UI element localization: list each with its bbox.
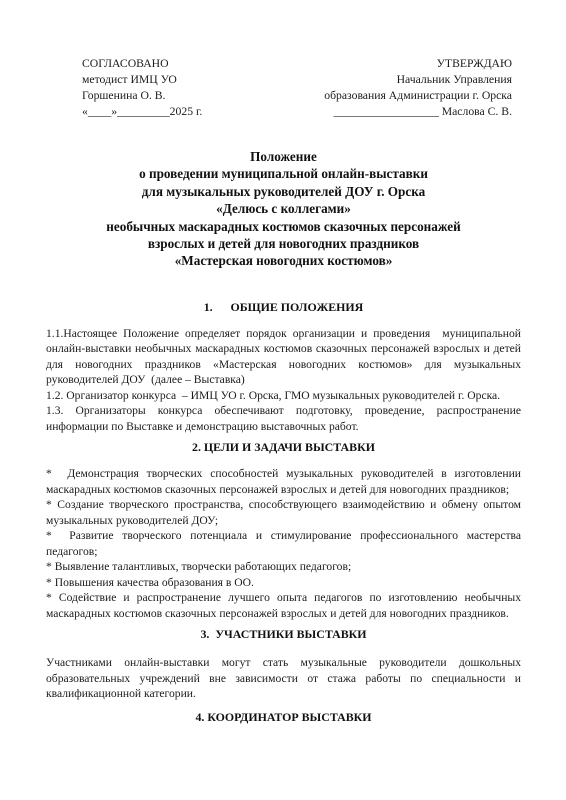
title-line-4: «Делюсь с коллегами»	[46, 200, 521, 217]
document-page: СОГЛАСОВАНО методист ИМЦ УО Горшенина О.…	[0, 0, 566, 800]
paragraph: Участниками онлайн-выставки могут стать …	[46, 655, 521, 702]
agreed-position: методист ИМЦ УО	[82, 72, 202, 88]
section-heading: 4. КООРДИНАТОР ВЫСТАВКИ	[46, 709, 521, 725]
section-goals-tasks: 2. ЦЕЛИ И ЗАДАЧИ ВЫСТАВКИ * Демонстрация…	[46, 439, 521, 621]
agreed-title: СОГЛАСОВАНО	[82, 56, 202, 72]
approved-block: УТВЕРЖДАЮ Начальник Управления образован…	[324, 56, 521, 120]
paragraph: 1.1.Настоящее Положение определяет поряд…	[46, 326, 521, 388]
bullet-paragraph: * Развитие творческого потенциала и стим…	[46, 528, 521, 559]
section-participants: 3. УЧАСТНИКИ ВЫСТАВКИ Участниками онлайн…	[46, 626, 521, 702]
approved-title: УТВЕРЖДАЮ	[324, 56, 512, 72]
paragraph: 1.3. Организаторы конкурса обеспечивают …	[46, 403, 521, 434]
bullet-paragraph: * Содействие и распространение лучшего о…	[46, 590, 521, 621]
title-line-7: «Мастерская новогодних костюмов»	[46, 252, 521, 269]
title-line-6: взрослых и детей для новогодних праздник…	[46, 235, 521, 252]
bullet-paragraph: * Создание творческого пространства, спо…	[46, 497, 521, 528]
title-line-3: для музыкальных руководителей ДОУ г. Орс…	[46, 183, 521, 200]
agreed-block: СОГЛАСОВАНО методист ИМЦ УО Горшенина О.…	[82, 56, 202, 120]
agreed-name: Горшенина О. В.	[82, 88, 202, 104]
bullet-paragraph: * Демонстрация творческих способностей м…	[46, 466, 521, 497]
section-heading: 2. ЦЕЛИ И ЗАДАЧИ ВЫСТАВКИ	[46, 439, 521, 455]
title-line-1: Положение	[46, 148, 521, 165]
document-title: Положение о проведении муниципальной онл…	[46, 148, 521, 270]
paragraph: 1.2. Организатор конкурса – ИМЦ УО г. Ор…	[46, 388, 521, 404]
approved-position-line2: образования Администрации г. Орска	[324, 88, 512, 104]
bullet-paragraph: * Выявление талантливых, творчески работ…	[46, 559, 521, 575]
approved-position-line1: Начальник Управления	[324, 72, 512, 88]
approved-signature-line: __________________ Маслова С. В.	[324, 104, 512, 120]
approval-header: СОГЛАСОВАНО методист ИМЦ УО Горшенина О.…	[46, 56, 521, 120]
section-heading: 1. ОБЩИЕ ПОЛОЖЕНИЯ	[46, 299, 521, 315]
agreed-date-line: «____»_________2025 г.	[82, 104, 202, 120]
section-general-provisions: 1. ОБЩИЕ ПОЛОЖЕНИЯ 1.1.Настоящее Положен…	[46, 299, 521, 435]
bullet-paragraph: * Повышения качества образования в ОО.	[46, 575, 521, 591]
title-line-2: о проведении муниципальной онлайн-выстав…	[46, 165, 521, 182]
section-heading: 3. УЧАСТНИКИ ВЫСТАВКИ	[46, 626, 521, 642]
section-coordinator: 4. КООРДИНАТОР ВЫСТАВКИ	[46, 709, 521, 725]
title-line-5: необычных маскарадных костюмов сказочных…	[46, 218, 521, 235]
